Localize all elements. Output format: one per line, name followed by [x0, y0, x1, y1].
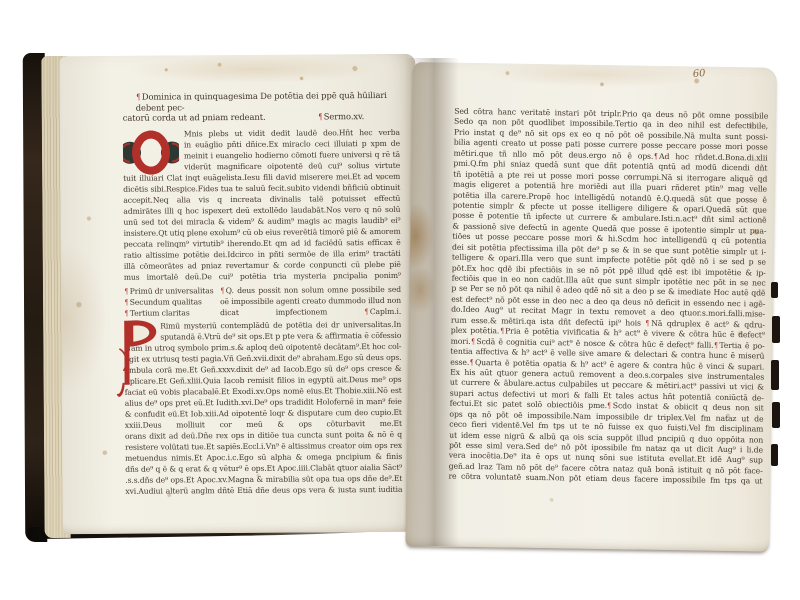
chapter-one-lines: Rimū mysteriū contemplādū de potētia dei…	[124, 318, 402, 496]
folio-number: 60	[692, 68, 706, 80]
decorated-initial-P	[124, 320, 160, 342]
initial-O-ornament-icon	[123, 130, 179, 174]
right-page: 60 Sed cōtra hanc veritatē instari pōt t…	[405, 62, 777, 552]
photo-background: ¶Dominica in quinquagesima De potētia de…	[0, 0, 800, 600]
question-summary: ¶Q. deus possit non solum omne possibile…	[220, 283, 401, 317]
sermo-label: ¶Sermo.xv.	[317, 111, 364, 121]
mystery-list-items: ¶Primū dr universalitas¶Secundum qualita…	[124, 285, 220, 319]
binding-fragment	[772, 402, 780, 428]
left-page-text-block: ¶Dominica in quinquagesima De potētia de…	[123, 90, 403, 496]
binding-fragment	[771, 360, 779, 390]
right-page-text-block: Sed cōtra hanc veritatē instari pōt trip…	[448, 107, 768, 488]
decorated-initial-O	[123, 130, 179, 172]
binding-fragment	[771, 282, 778, 298]
chapter-one-paragraph: Rimū mysteriū contemplādū de potētia dei…	[124, 318, 402, 496]
sermon-intro-paragraph: Mnis plebs ut vidit dedit laudē deo.Hñt …	[123, 126, 401, 282]
heading-line-2-text: catorū corda ut ad pniam redeant.	[123, 112, 266, 123]
heading-line-2: catorū corda ut ad pniam redeant.¶Sermo.…	[123, 111, 400, 123]
chapter-heading: ¶Dominica in quinquagesima De potētia de…	[123, 90, 400, 123]
heading-line-1: ¶Dominica in quinquagesima De potētia de…	[136, 90, 400, 113]
binding-fragment	[771, 444, 778, 466]
left-page: ¶Dominica in quinquagesima De potētia de…	[59, 54, 418, 534]
binding-fragment	[772, 316, 780, 343]
mystery-list: ¶Primū dr universalitas¶Secundum qualita…	[124, 283, 401, 318]
